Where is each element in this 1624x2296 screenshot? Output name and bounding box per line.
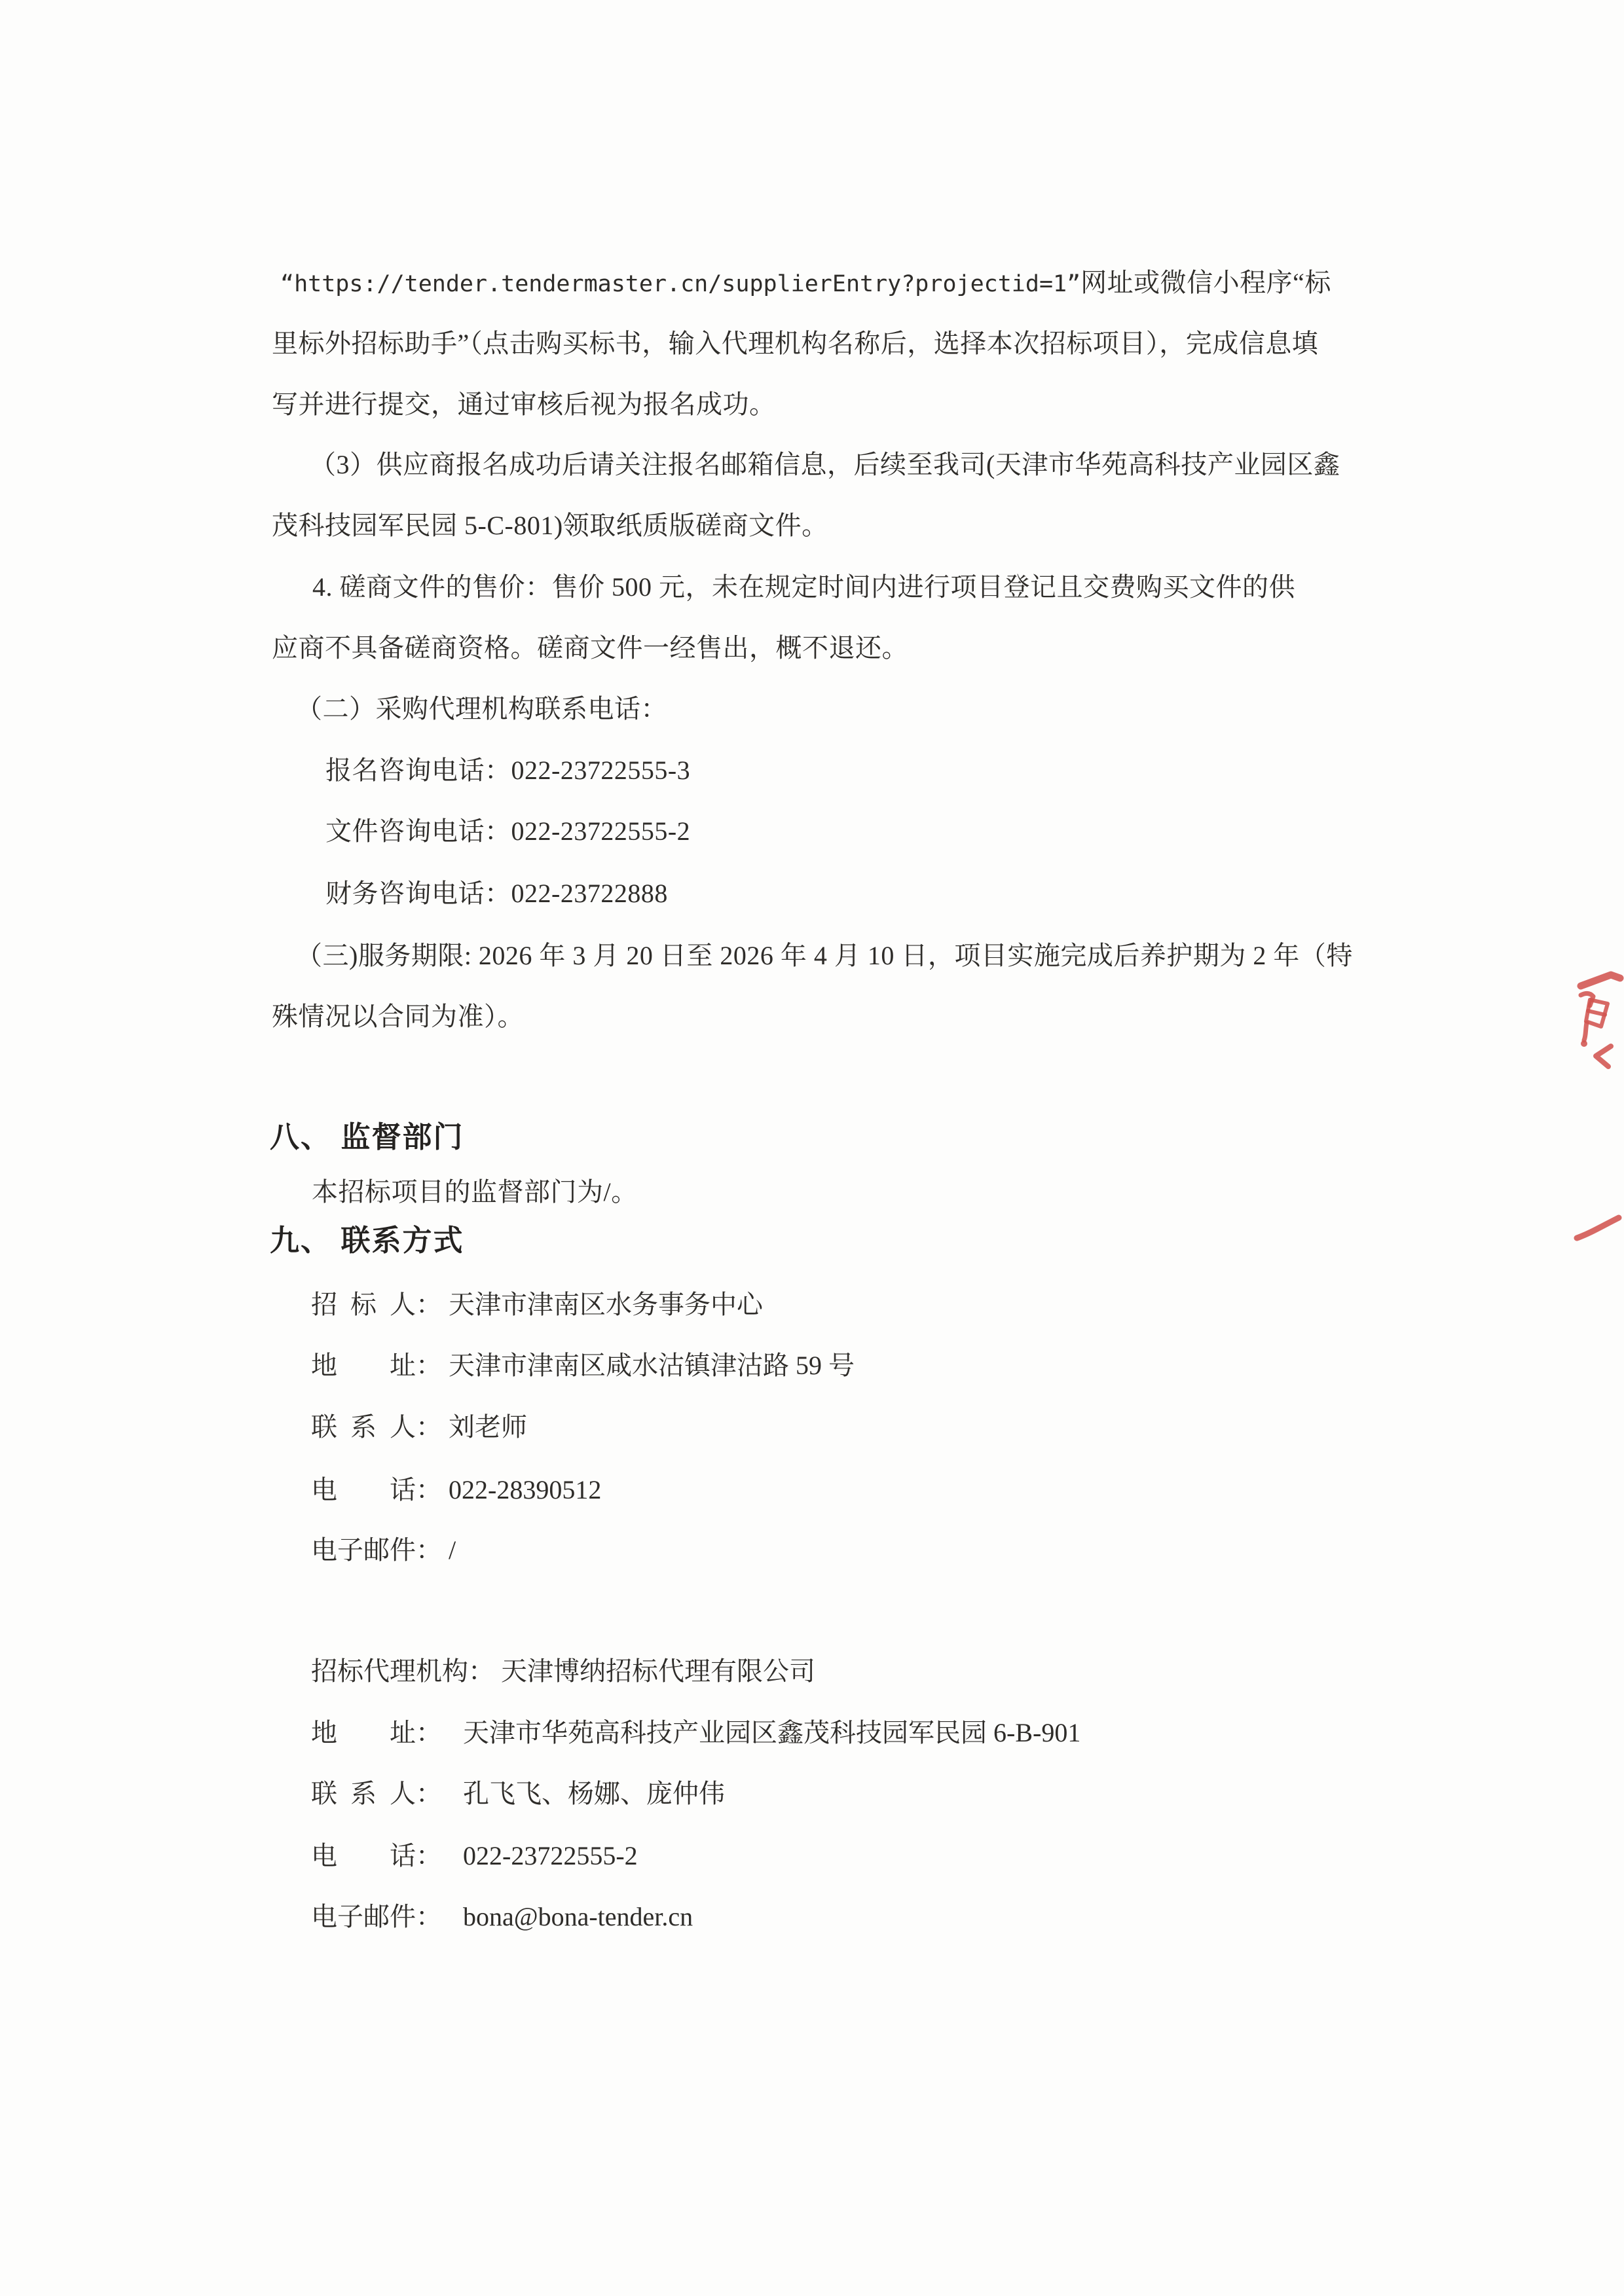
doc-line: （3）供应商报名成功后请关注报名邮箱信息，后续至我司(天津市华苑高科技产业园区鑫	[310, 450, 1340, 480]
doc-line-url-tail: 网址或微信小程序“标	[1080, 268, 1331, 297]
contact-label: 电子邮件：	[311, 1535, 442, 1565]
supervision-body-line: 本招标项目的监督部门为/。	[312, 1177, 638, 1207]
contact-value: 天津博纳招标代理有限公司	[494, 1656, 815, 1686]
contact-value: 刘老师	[442, 1412, 527, 1442]
contact-label: 地 址：	[311, 1718, 442, 1747]
doc-line: 报名咨询电话：022-23722555-3	[325, 756, 690, 786]
red-seal-fragment-icon	[1574, 969, 1624, 1074]
contact-row-tenderer-person: 联 系 人：刘老师	[311, 1412, 527, 1442]
contact-label: 地 址：	[311, 1351, 442, 1380]
contact-label: 招 标 人：	[311, 1290, 442, 1319]
contact-row-tenderer-phone: 电 话：022-28390512	[311, 1475, 601, 1505]
doc-line: 4. 磋商文件的售价：售价 500 元，未在规定时间内进行项目登记且交费购买文件…	[312, 572, 1295, 602]
section-heading-supervision: 八、 监督部门	[270, 1121, 464, 1154]
contact-value: 天津市华苑高科技产业园区鑫茂科技园军民园 6-B-901	[442, 1718, 1080, 1747]
contact-row-agency-email: 电子邮件：bona@bona-tender.cn	[311, 1902, 693, 1932]
doc-line: 殊情况以合同为准）。	[272, 1002, 524, 1032]
contact-label: 电 话：	[311, 1841, 442, 1870]
contact-row-agency-address: 地 址：天津市华苑高科技产业园区鑫茂科技园军民园 6-B-901	[311, 1718, 1080, 1748]
doc-line: 里标外招标助手”（点击购买标书，输入代理机构名称后，选择本次招标项目），完成信息…	[272, 329, 1318, 359]
doc-line: 应商不具备磋商资格。磋商文件一经售出，概不退还。	[272, 633, 908, 663]
contact-label: 联 系 人：	[311, 1412, 442, 1442]
contact-label: 电 话：	[311, 1475, 442, 1504]
contact-value: bona@bona-tender.cn	[442, 1902, 693, 1931]
contact-value: 天津市津南区咸水沽镇津沽路 59 号	[442, 1351, 855, 1380]
doc-line: （二）采购代理机构联系电话：	[296, 694, 667, 724]
document-page: “https://tender.tendermaster.cn/supplier…	[0, 0, 1624, 2296]
contact-value: 022-28390512	[442, 1475, 601, 1504]
doc-line: 茂科技园军民园 5-C-801)领取纸质版磋商文件。	[272, 511, 828, 541]
contact-row-agency-phone: 电 话：022-23722555-2	[311, 1841, 638, 1871]
doc-line: 写并进行提交，通过审核后视为报名成功。	[272, 390, 776, 420]
contact-value: 孔飞飞、杨娜、庞仲伟	[442, 1779, 725, 1808]
contact-row-agency-person: 联 系 人：孔飞飞、杨娜、庞仲伟	[311, 1779, 725, 1809]
red-pen-stroke-icon	[1572, 1214, 1624, 1244]
contact-row-agency-name: 招标代理机构：天津博纳招标代理有限公司	[311, 1656, 815, 1686]
supplier-entry-url: “https://tender.tendermaster.cn/supplier…	[280, 271, 1080, 297]
contact-label: 招标代理机构：	[311, 1656, 494, 1686]
contact-label: 联 系 人：	[311, 1779, 442, 1808]
doc-line: （三)服务期限: 2026 年 3 月 20 日至 2026 年 4 月 10 …	[296, 941, 1353, 971]
contact-value: 022-23722555-2	[442, 1841, 638, 1870]
contact-label: 电子邮件：	[311, 1902, 442, 1931]
doc-line: 财务咨询电话：022-23722888	[325, 879, 668, 909]
doc-line-url: “https://tender.tendermaster.cn/supplier…	[280, 268, 1331, 299]
section-heading-contact: 九、 联系方式	[270, 1224, 464, 1257]
contact-value: /	[442, 1535, 456, 1565]
contact-row-tenderer-address: 地 址：天津市津南区咸水沽镇津沽路 59 号	[311, 1351, 855, 1381]
contact-value: 天津市津南区水务事务中心	[442, 1290, 763, 1319]
doc-line: 文件咨询电话：022-23722555-2	[325, 816, 690, 847]
contact-row-tenderer-name: 招 标 人：天津市津南区水务事务中心	[311, 1290, 763, 1320]
contact-row-tenderer-email: 电子邮件：/	[311, 1535, 456, 1565]
